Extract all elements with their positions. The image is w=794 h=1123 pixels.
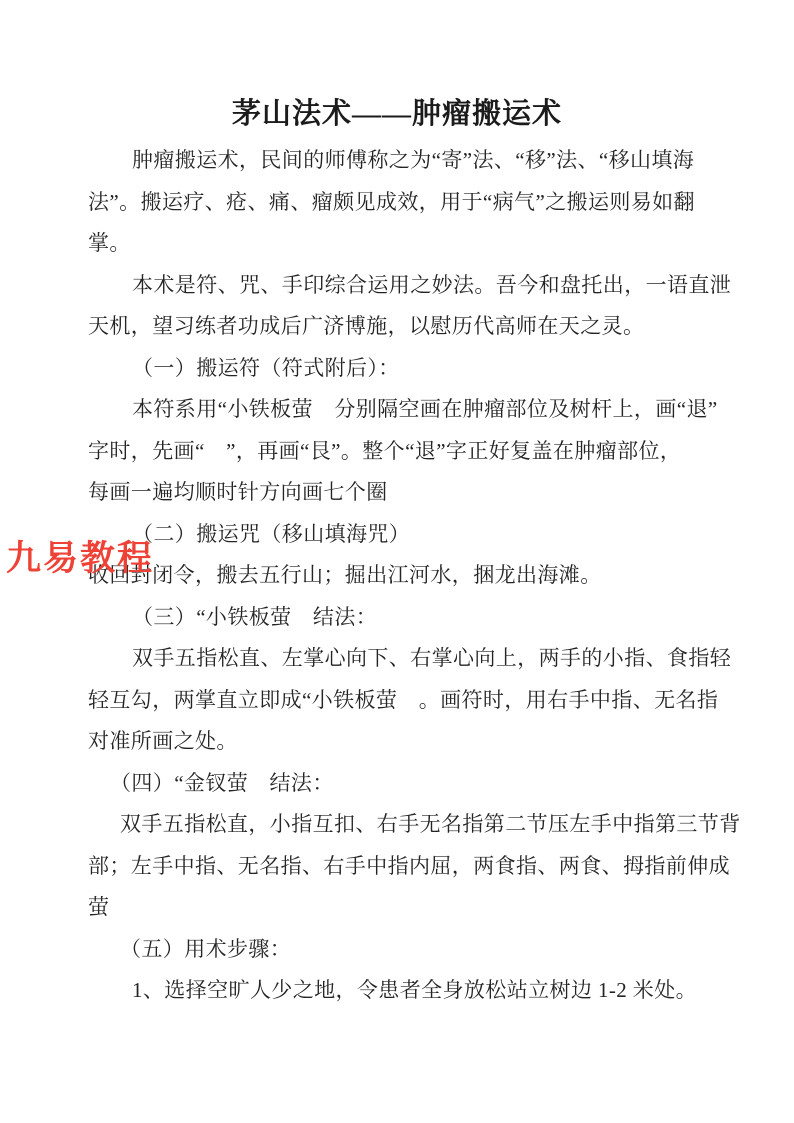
text-line: 本符系用“小铁板萤 分别隔空画在肿瘤部位及树杆上，画“退” — [88, 389, 714, 431]
text-line: （四）“金钗萤 结法： — [88, 763, 714, 805]
text-line: 法”。搬运疗、疮、痛、瘤颇见成效，用于“病气”之搬运则易如翻 — [88, 182, 714, 224]
text-line: 掌。 — [88, 223, 714, 265]
text-line: 天机，望习练者功成后广济博施，以慰历代高师在天之灵。 — [88, 306, 714, 348]
text-line: 轻互勾，两掌直立即成“小铁板萤 。画符时，用右手中指、无名指 — [88, 680, 714, 722]
text-line: 部；左手中指、无名指、右手中指内屈，两食指、两食、拇指前伸成 — [88, 846, 714, 888]
text-line: 1、选择空旷人少之地，令患者全身放松站立树边 1-2 米处。 — [88, 970, 714, 1012]
document-page: 茅山法术——肿瘤搬运术 肿瘤搬运术，民间的师傅称之为“寄”法、“移”法、“移山填… — [0, 0, 794, 1123]
text-line: 萤 — [88, 887, 714, 929]
page-title: 茅山法术——肿瘤搬运术 — [0, 94, 794, 134]
text-line: 肿瘤搬运术，民间的师傅称之为“寄”法、“移”法、“移山填海 — [88, 140, 714, 182]
text-line: 每画一遍均顺时针方向画七个圈 — [88, 472, 714, 514]
text-line: （三）“小铁板萤 结法： — [88, 597, 714, 639]
text-line: （五）用术步骤： — [88, 929, 714, 971]
text-line: 双手五指松直、左掌心向下、右掌心向上，两手的小指、食指轻 — [88, 638, 714, 680]
text-line: （二）搬运咒（移山填海咒） — [88, 514, 714, 556]
text-line: 字时，先画“ ”，再画“艮”。整个“退”字正好复盖在肿瘤部位， — [88, 431, 714, 473]
text-line: 收回封闭令，搬去五行山；掘出江河水，捆龙出海滩。 — [88, 555, 714, 597]
text-line: （一）搬运符（符式附后）： — [88, 348, 714, 390]
text-line: 对准所画之处。 — [88, 721, 714, 763]
text-line: 本术是符、咒、手印综合运用之妙法。吾今和盘托出，一语直泄 — [88, 265, 714, 307]
document-body: 肿瘤搬运术，民间的师傅称之为“寄”法、“移”法、“移山填海 法”。搬运疗、疮、痛… — [88, 140, 714, 1012]
watermark-text: 九易教程 — [6, 538, 154, 580]
text-line: 双手五指松直，小指互扣、右手无名指第二节压左手中指第三节背 — [88, 804, 714, 846]
